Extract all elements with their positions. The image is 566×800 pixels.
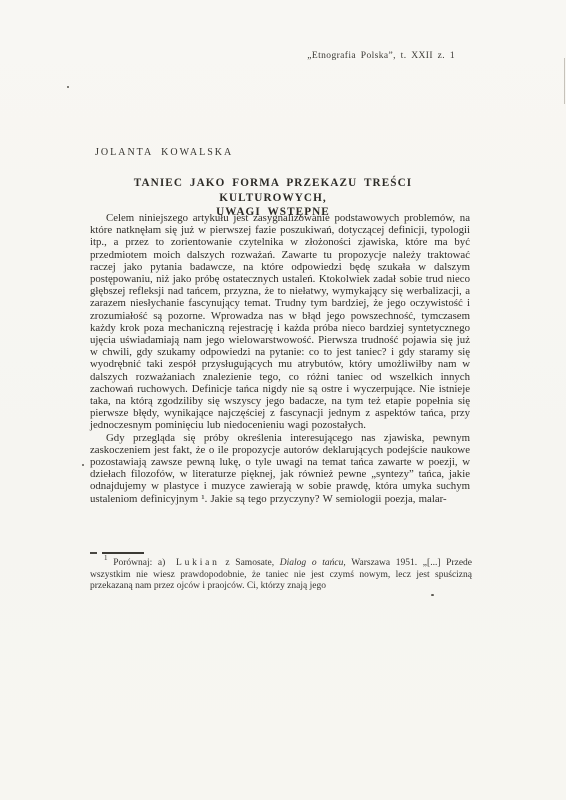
footnote: 1 Porównaj: a) Lukian z Samosate, Dialog…: [90, 558, 472, 593]
footnote-cited-author: Lukian: [176, 558, 220, 568]
scanned-journal-page: „Etnografia Polska”, t. XXII z. 1 JOLANT…: [0, 0, 566, 800]
scan-speck: [431, 594, 434, 596]
author-name: JOLANTA KOWALSKA: [95, 147, 233, 158]
scan-speck: [67, 86, 69, 88]
paragraph: Gdy przegląda się próby określenia inter…: [90, 432, 470, 505]
footnote-work-title: Dialog o tańcu,: [280, 558, 346, 568]
article-title-line-1: TANIEC JAKO FORMA PRZEKAZU TREŚCI KULTUR…: [78, 176, 468, 205]
footnote-lead: Porównaj: a): [113, 558, 165, 568]
footnote-marker: 1: [104, 554, 108, 562]
scan-speck: [82, 464, 84, 466]
separator-line: [102, 552, 144, 554]
article-body: Celem niniejszego artykułu jest zasygnal…: [90, 212, 470, 505]
separator-dash: [90, 552, 97, 554]
paragraph: Celem niniejszego artykułu jest zasygnal…: [90, 212, 470, 432]
scan-edge-artifact: [564, 58, 565, 104]
journal-header: „Etnografia Polska”, t. XXII z. 1: [307, 51, 455, 61]
footnote-separator: [90, 552, 150, 554]
footnote-author-origin: z Samosate,: [225, 558, 274, 568]
